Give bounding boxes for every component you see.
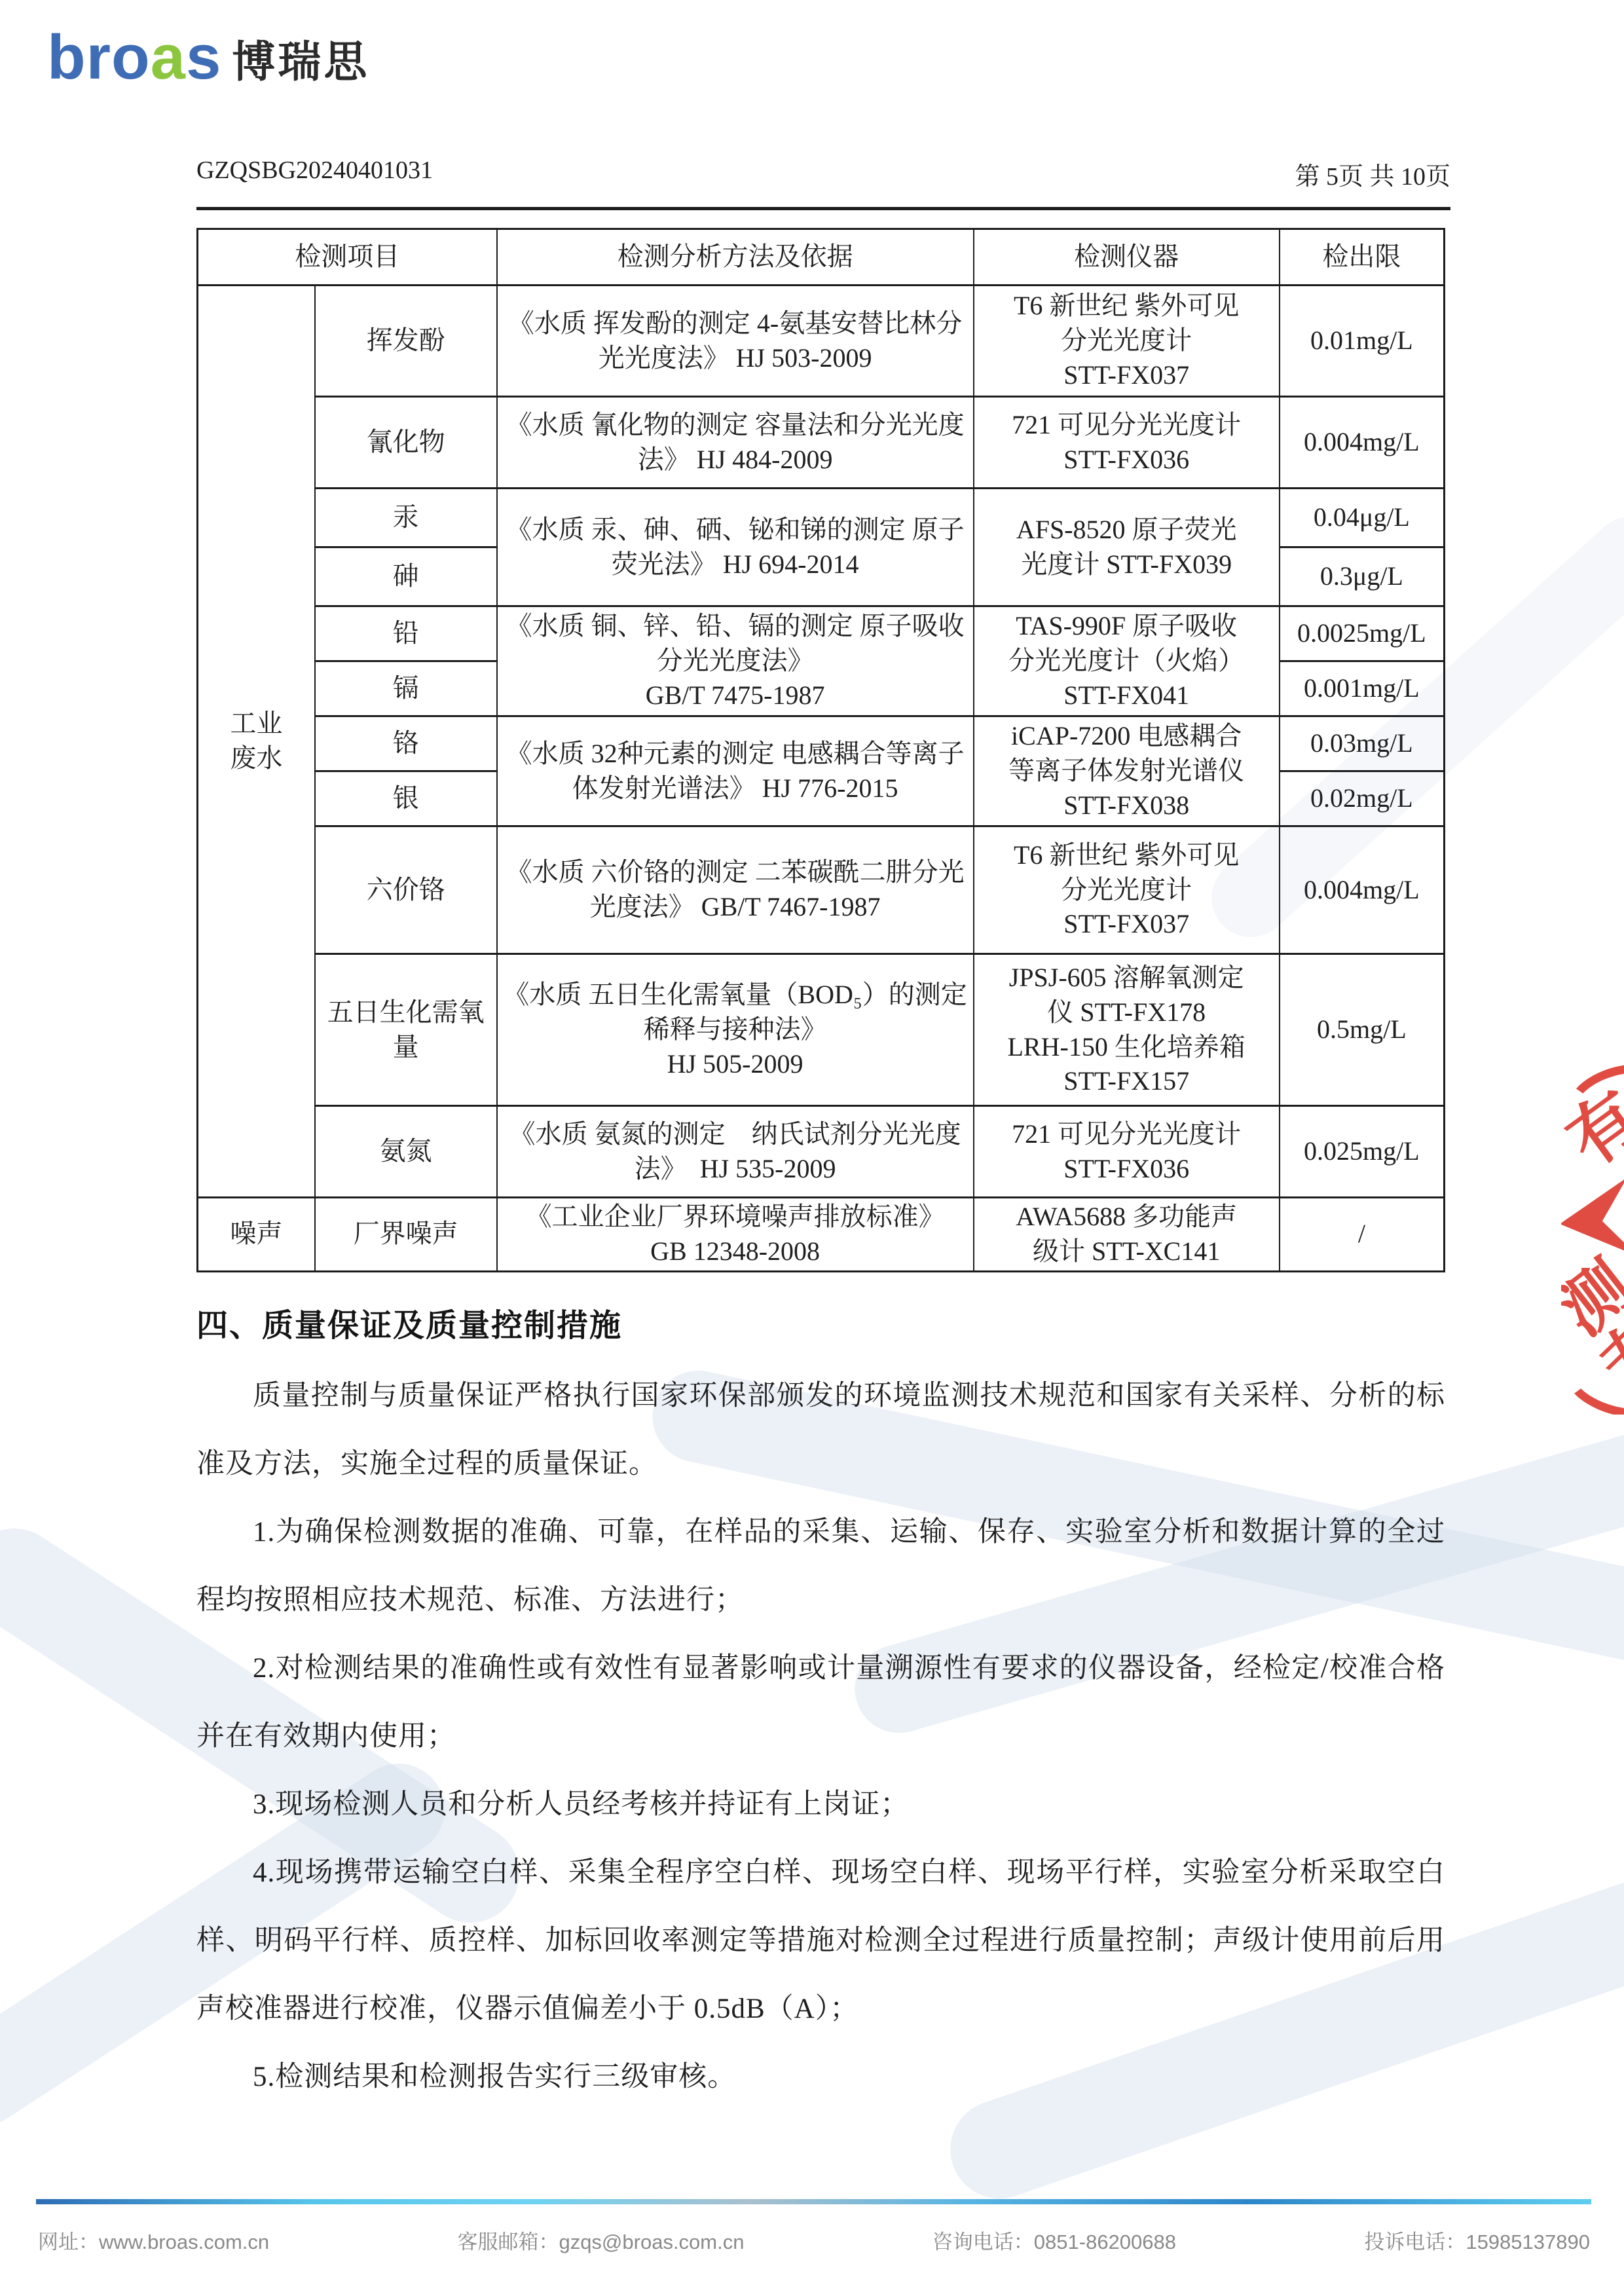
table-row: 铬 《水质 32种元素的测定 电感耦合等离子体发射光谱法》 HJ 776-201… [198,716,1445,771]
method-cell: 《工业企业厂界环境噪声排放标准》 GB 12348-2008 [497,1198,974,1272]
header-item: 检测项目 [198,229,497,286]
table-row: 氨氮 《水质 氨氮的测定 纳氏试剂分光光度法》 HJ 535-2009 721 … [198,1106,1445,1198]
instrument-cell: AWA5688 多功能声 级计 STT-XC141 [974,1198,1280,1272]
section-title: 四、质量保证及质量控制措施 [196,1300,1445,1345]
method-cell: 《水质 五日生化需氧量（BOD₅）的测定 稀释与接种法》 HJ 505-2009 [497,954,974,1106]
item-cell: 镉 [315,661,497,716]
table-row: 氰化物 《水质 氰化物的测定 容量法和分光光度法》 HJ 484-2009 72… [198,397,1445,489]
document-meta: GZQSBG20240401031 第 5页 共 10页 [196,156,1450,192]
footer-complaint-phone: 投诉电话：15985137890 [1364,2225,1590,2255]
sample-type-noise: 噪声 [198,1198,315,1272]
table-row: 汞 《水质 汞、砷、硒、铋和锑的测定 原子荧光法》 HJ 694-2014 AF… [198,489,1445,547]
item-cell: 汞 [315,489,497,547]
instrument-cell: 721 可见分光光度计 STT-FX036 [974,1106,1280,1198]
instrument-cell: iCAP-7200 电感耦合 等离子体发射光谱仪 STT-FX038 [974,716,1280,826]
method-cell: 《水质 32种元素的测定 电感耦合等离子体发射光谱法》 HJ 776-2015 [497,716,974,826]
limit-cell: 0.004mg/L [1280,826,1445,954]
item-cell: 挥发酚 [315,286,497,397]
detection-methods-table: 检测项目 检测分析方法及依据 检测仪器 检出限 工业 废水 挥发酚 《水质 挥发… [196,228,1445,1272]
instrument-cell: AFS-8520 原子荧光 光度计 STT-FX039 [974,489,1280,606]
footer-divider [36,2199,1591,2204]
item-cell: 铬 [315,716,497,771]
paragraph: 4.现场携带运输空白样、采集全程序空白样、现场空白样、现场平行样，实验室分析采取… [196,1839,1445,2043]
report-number: GZQSBG20240401031 [196,156,433,192]
limit-cell: 0.025mg/L [1280,1106,1445,1198]
report-content: 检测项目 检测分析方法及依据 检测仪器 检出限 工业 废水 挥发酚 《水质 挥发… [196,228,1445,2111]
paragraph: 2.对检测结果的准确性或有效性有显著影响或计量溯源性有要求的仪器设备，经检定/校… [196,1635,1445,1771]
paragraph: 1.为确保检测数据的准确、可靠，在样品的采集、运输、保存、实验室分析和数据计算的… [196,1498,1445,1635]
limit-cell: / [1280,1198,1445,1272]
limit-cell: 0.0025mg/L [1280,606,1445,661]
method-cell: 《水质 氰化物的测定 容量法和分光光度法》 HJ 484-2009 [497,397,974,489]
official-seal-partial: 有 测 专 [1561,1048,1624,1415]
header-instrument: 检测仪器 [974,229,1280,286]
footer: 网址：www.broas.com.cn 客服邮箱：gzqs@broas.com.… [38,2225,1590,2255]
instrument-cell: 721 可见分光光度计 STT-FX036 [974,397,1280,489]
instrument-cell: JPSJ-605 溶解氧测定 仪 STT-FX178 LRH-150 生化培养箱… [974,954,1280,1106]
instrument-cell: T6 新世纪 紫外可见 分光光度计 STT-FX037 [974,286,1280,397]
sample-type-industrial-wastewater: 工业 废水 [198,286,315,1198]
paragraph: 质量控制与质量保证严格执行国家环保部颁发的环境监测技术规范和国家有关采样、分析的… [196,1362,1445,1498]
header-method: 检测分析方法及依据 [497,229,974,286]
logo-letter: b [47,22,86,92]
table-row: 铅 《水质 铜、锌、铅、镉的测定 原子吸收分光光度法》 GB/T 7475-19… [198,606,1445,661]
limit-cell: 0.3μg/L [1280,547,1445,606]
logo-chinese-text: 博瑞思 [232,27,369,89]
seal-arc-icon [1561,1325,1624,1415]
limit-cell: 0.04μg/L [1280,489,1445,547]
method-cell: 《水质 挥发酚的测定 4-氨基安替比林分光光度法》 HJ 503-2009 [497,286,974,397]
paragraph: 5.检测结果和检测报告实行三级审核。 [196,2043,1445,2111]
item-cell: 厂界噪声 [315,1198,497,1272]
limit-cell: 0.03mg/L [1280,716,1445,771]
limit-cell: 0.004mg/L [1280,397,1445,489]
item-cell: 氨氮 [315,1106,497,1198]
method-cell: 《水质 氨氮的测定 纳氏试剂分光光度法》 HJ 535-2009 [497,1106,974,1198]
item-cell: 银 [315,771,497,826]
limit-cell: 0.01mg/L [1280,286,1445,397]
item-cell: 五日生化需氧量 [315,954,497,1106]
table-row: 五日生化需氧量 《水质 五日生化需氧量（BOD₅）的测定 稀释与接种法》 HJ … [198,954,1445,1106]
logo-letter: a [151,22,186,92]
limit-cell: 0.02mg/L [1280,771,1445,826]
logo-letter: s [186,22,221,92]
document-page: broas 博瑞思 GZQSBG20240401031 第 5页 共 10页 检… [0,0,1624,2296]
logo-letter: r [86,22,111,92]
company-logo: broas 博瑞思 [47,26,369,89]
instrument-cell: T6 新世纪 紫外可见 分光光度计 STT-FX037 [974,826,1280,954]
header-limit: 检出限 [1280,229,1445,286]
item-cell: 氰化物 [315,397,497,489]
method-cell: 《水质 六价铬的测定 二苯碳酰二肼分光光度法》 GB/T 7467-1987 [497,826,974,954]
page-indicator: 第 5页 共 10页 [1295,156,1450,192]
instrument-cell: TAS-990F 原子吸收 分光光度计（火焰） STT-FX041 [974,606,1280,716]
footer-website: 网址：www.broas.com.cn [38,2225,269,2255]
table-header-row: 检测项目 检测分析方法及依据 检测仪器 检出限 [198,229,1445,286]
limit-cell: 0.5mg/L [1280,954,1445,1106]
item-cell: 六价铬 [315,826,497,954]
method-cell: 《水质 汞、砷、硒、铋和锑的测定 原子荧光法》 HJ 694-2014 [497,489,974,606]
footer-phone: 咨询电话：0851-86200688 [932,2225,1176,2255]
item-cell: 铅 [315,606,497,661]
method-cell: 《水质 铜、锌、铅、镉的测定 原子吸收分光光度法》 GB/T 7475-1987 [497,606,974,716]
logo-letter: o [111,22,151,92]
item-cell: 砷 [315,547,497,606]
limit-cell: 0.001mg/L [1280,661,1445,716]
footer-email: 客服邮箱：gzqs@broas.com.cn [457,2225,744,2255]
table-row: 噪声 厂界噪声 《工业企业厂界环境噪声排放标准》 GB 12348-2008 A… [198,1198,1445,1272]
paragraph: 3.现场检测人员和分析人员经考核并持证有上岗证； [196,1771,1445,1839]
table-row: 工业 废水 挥发酚 《水质 挥发酚的测定 4-氨基安替比林分光光度法》 HJ 5… [198,286,1445,397]
logo-latin-text: broas [47,26,221,89]
header-rule [196,207,1450,210]
table-row: 六价铬 《水质 六价铬的测定 二苯碳酰二肼分光光度法》 GB/T 7467-19… [198,826,1445,954]
